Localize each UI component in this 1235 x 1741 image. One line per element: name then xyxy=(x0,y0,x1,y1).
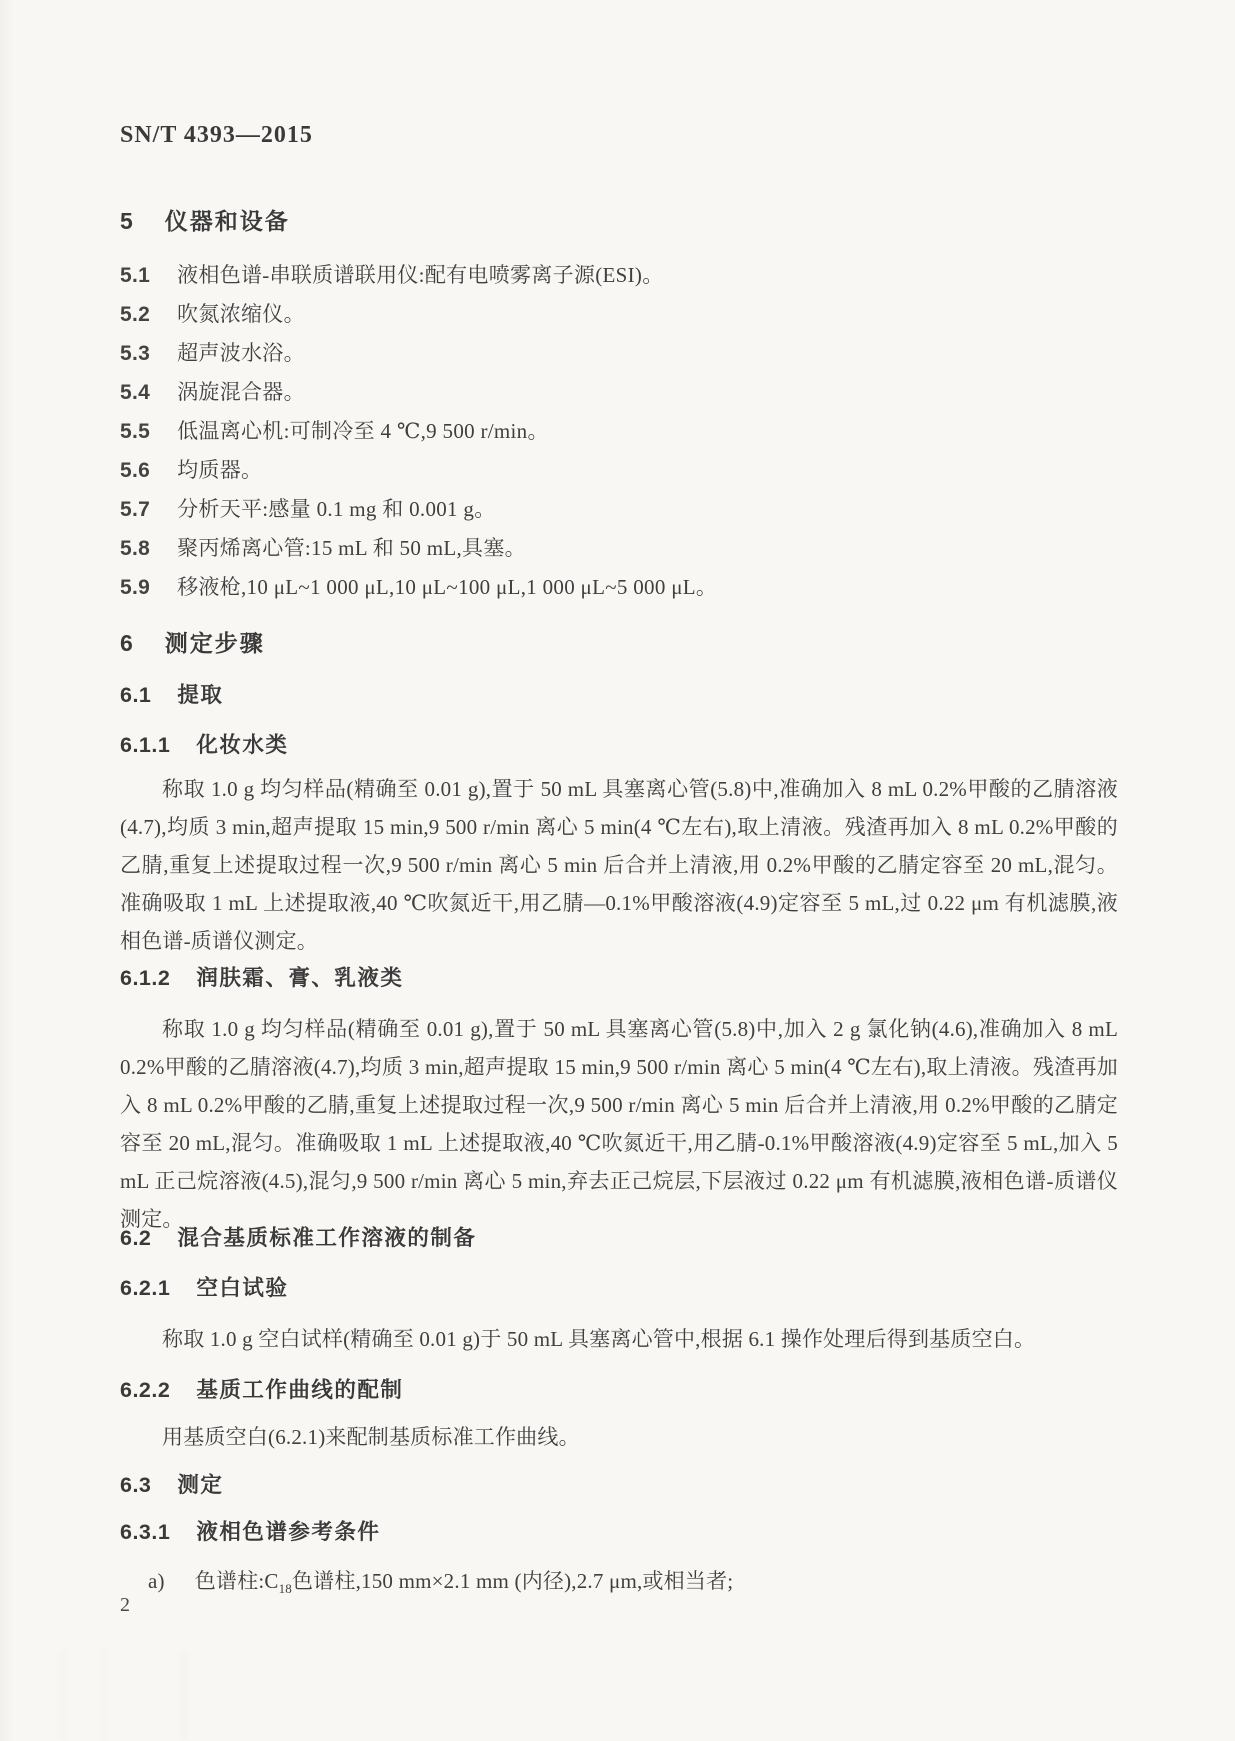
standard-code: SN/T 4393—2015 xyxy=(120,122,1118,149)
section-6-2-title: 混合基质标准工作溶液的制备 xyxy=(177,1226,476,1250)
section-6-3-1-number: 6.3.1 xyxy=(120,1520,170,1544)
item-text: 超声波水浴。 xyxy=(177,341,305,365)
item-text: 涡旋混合器。 xyxy=(177,380,305,404)
scan-edge-artifact xyxy=(0,0,14,1741)
item-number: 5.6 xyxy=(120,459,150,482)
section-6-1-heading: 6.1提取 xyxy=(120,678,1118,709)
item-number: 5.3 xyxy=(120,342,150,365)
item-number: 5.8 xyxy=(120,537,150,560)
section-5-number: 5 xyxy=(120,208,133,234)
item-number: 5.9 xyxy=(120,576,150,599)
section-6-2-1-title: 空白试验 xyxy=(196,1276,288,1300)
paragraph-6-2-1: 称取 1.0 g 空白试样(精确至 0.01 g)于 50 mL 具塞离心管中,… xyxy=(120,1320,1118,1358)
item-text: 聚丙烯离心管:15 mL 和 50 mL,具塞。 xyxy=(177,536,526,560)
item-number: 5.5 xyxy=(120,420,150,443)
section-6-1-1-heading: 6.1.1化妆水类 xyxy=(120,728,1118,759)
section-5-title: 仪器和设备 xyxy=(165,208,290,234)
section-6-heading: 6测定步骤 xyxy=(120,625,1118,658)
section-6-number: 6 xyxy=(120,630,133,656)
list-item: 5.4涡旋混合器。 xyxy=(120,373,1118,412)
section-6-2-1-number: 6.2.1 xyxy=(120,1276,170,1300)
section-6-3-1-heading: 6.3.1液相色谱参考条件 xyxy=(120,1515,1118,1546)
item-text: 均质器。 xyxy=(177,458,262,482)
list-item-a-text-pre: 色谱柱:C xyxy=(195,1569,279,1593)
item-text: 分析天平:感量 0.1 mg 和 0.001 g。 xyxy=(177,497,495,521)
list-item: 5.8聚丙烯离心管:15 mL 和 50 mL,具塞。 xyxy=(120,529,1118,568)
list-item: 5.7分析天平:感量 0.1 mg 和 0.001 g。 xyxy=(120,490,1118,529)
list-item: 5.3超声波水浴。 xyxy=(120,334,1118,373)
section-6-3-number: 6.3 xyxy=(120,1473,151,1497)
section-6-2-2-title: 基质工作曲线的配制 xyxy=(196,1378,403,1402)
section-6-3-heading: 6.3测定 xyxy=(120,1468,1118,1499)
item-number: 5.2 xyxy=(120,303,150,326)
item-text: 低温离心机:可制冷至 4 ℃,9 500 r/min。 xyxy=(177,419,549,443)
section-6-2-2-number: 6.2.2 xyxy=(120,1378,170,1402)
item-text: 吹氮浓缩仪。 xyxy=(177,302,305,326)
section-6-2-number: 6.2 xyxy=(120,1226,151,1250)
list-item: 5.2吹氮浓缩仪。 xyxy=(120,295,1118,334)
list-item-a-text-post: 色谱柱,150 mm×2.1 mm (内径),2.7 μm,或相当者; xyxy=(292,1569,733,1593)
section-6-1-2-number: 6.1.2 xyxy=(120,966,170,990)
item-number: 5.7 xyxy=(120,498,150,521)
section-6-2-2-heading: 6.2.2基质工作曲线的配制 xyxy=(120,1373,1118,1404)
item-text: 移液枪,10 μL~1 000 μL,10 μL~100 μL,1 000 μL… xyxy=(177,575,717,599)
item-number: 5.4 xyxy=(120,381,150,404)
section-6-1-1-number: 6.1.1 xyxy=(120,733,170,757)
section-6-1-title: 提取 xyxy=(177,683,223,707)
section-6-2-heading: 6.2混合基质标准工作溶液的制备 xyxy=(120,1221,1118,1252)
paragraph-6-1-1: 称取 1.0 g 均匀样品(精确至 0.01 g),置于 50 mL 具塞离心管… xyxy=(120,770,1118,960)
section-6-1-number: 6.1 xyxy=(120,683,151,707)
list-item: 5.1液相色谱-串联质谱联用仪:配有电喷雾离子源(ESI)。 xyxy=(120,256,1118,295)
section-6-2-1-heading: 6.2.1空白试验 xyxy=(120,1271,1118,1302)
section-6-1-2-heading: 6.1.2润肤霜、膏、乳液类 xyxy=(120,961,1118,992)
list-item-a-label: a) xyxy=(148,1569,165,1593)
section-5-heading: 5仪器和设备 xyxy=(120,203,1118,236)
section-6-3-1-title: 液相色谱参考条件 xyxy=(196,1520,380,1544)
section-6-title: 测定步骤 xyxy=(165,630,265,656)
list-item: 5.5低温离心机:可制冷至 4 ℃,9 500 r/min。 xyxy=(120,412,1118,451)
scan-bottom-artifact xyxy=(60,1651,680,1741)
equipment-list: 5.1液相色谱-串联质谱联用仪:配有电喷雾离子源(ESI)。 5.2吹氮浓缩仪。… xyxy=(120,256,1118,607)
section-6-1-2-title: 润肤霜、膏、乳液类 xyxy=(196,966,403,990)
page-number: 2 xyxy=(120,1594,1118,1617)
item-number: 5.1 xyxy=(120,264,150,287)
list-item: 5.6均质器。 xyxy=(120,451,1118,490)
paragraph-6-1-2: 称取 1.0 g 均匀样品(精确至 0.01 g),置于 50 mL 具塞离心管… xyxy=(120,1010,1118,1238)
section-6-3-title: 测定 xyxy=(177,1473,223,1497)
paragraph-6-2-2: 用基质空白(6.2.1)来配制基质标准工作曲线。 xyxy=(120,1418,1118,1456)
document-page: SN/T 4393—2015 5仪器和设备 5.1液相色谱-串联质谱联用仪:配有… xyxy=(0,0,1235,1741)
item-text: 液相色谱-串联质谱联用仪:配有电喷雾离子源(ESI)。 xyxy=(177,263,663,287)
list-item: 5.9移液枪,10 μL~1 000 μL,10 μL~100 μL,1 000… xyxy=(120,568,1118,607)
section-6-1-1-title: 化妆水类 xyxy=(196,733,288,757)
